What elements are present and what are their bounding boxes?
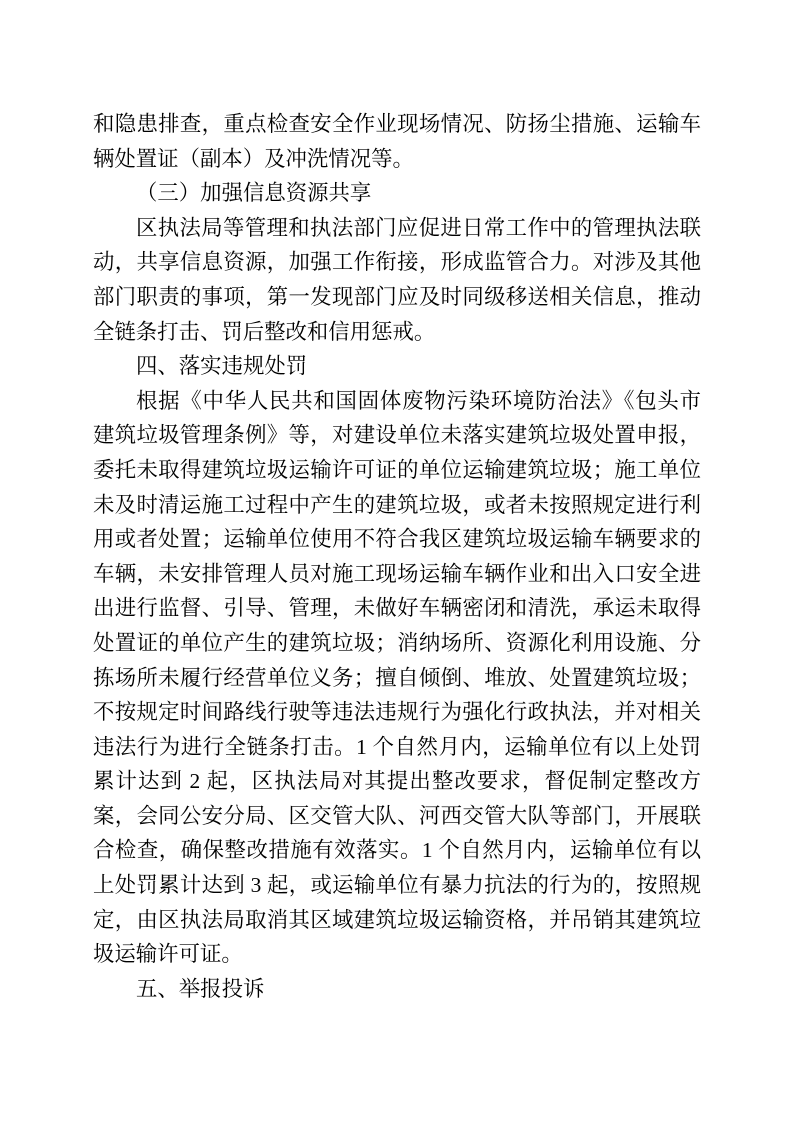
document-page: 和隐患排查，重点检查安全作业现场情况、防扬尘措施、运输车 辆处置证（副本）及冲洗… — [0, 0, 793, 1122]
text-line: 案，会同公安分局、区交管大队、河西交管大队等部门，开展联 — [93, 799, 701, 834]
text-line: 和隐患排查，重点检查安全作业现场情况、防扬尘措施、运输车 — [93, 107, 701, 142]
text-line: 用或者处置；运输单位使用不符合我区建筑垃圾运输车辆要求的 — [93, 522, 701, 557]
text-line: 委托未取得建筑垃圾运输许可证的单位运输建筑垃圾；施工单位 — [93, 453, 701, 488]
text-line: 建筑垃圾管理条例》等，对建设单位未落实建筑垃圾处置申报， — [93, 418, 701, 453]
text-line: 全链条打击、罚后整改和信用惩戒。 — [93, 315, 701, 350]
text-line: 动，共享信息资源，加强工作衔接，形成监管合力。对涉及其他 — [93, 245, 701, 280]
text-line: 上处罚累计达到 3 起，或运输单位有暴力抗法的行为的，按照规 — [93, 868, 701, 903]
text-line: 区执法局等管理和执法部门应促进日常工作中的管理执法联 — [93, 211, 701, 246]
text-line: 定，由区执法局取消其区域建筑垃圾运输资格，并吊销其建筑垃 — [93, 903, 701, 938]
text-line: 未及时清运施工过程中产生的建筑垃圾，或者未按照规定进行利 — [93, 488, 701, 523]
text-line: 辆处置证（副本）及冲洗情况等。 — [93, 142, 701, 177]
text-line: 累计达到 2 起，区执法局对其提出整改要求，督促制定整改方 — [93, 764, 701, 799]
text-line: 处置证的单位产生的建筑垃圾；消纳场所、资源化利用设施、分 — [93, 626, 701, 661]
text-line: 圾运输许可证。 — [93, 937, 701, 972]
text-line: 出进行监督、引导、管理，未做好车辆密闭和清洗，承运未取得 — [93, 591, 701, 626]
section-heading-5: 五、举报投诉 — [93, 972, 701, 1007]
text-line: 部门职责的事项，第一发现部门应及时同级移送相关信息，推动 — [93, 280, 701, 315]
text-line: 不按规定时间路线行驶等违法违规行为强化行政执法，并对相关 — [93, 695, 701, 730]
text-line: 车辆，未安排管理人员对施工现场运输车辆作业和出入口安全进 — [93, 557, 701, 592]
text-line: 合检查，确保整改措施有效落实。1 个自然月内，运输单位有以 — [93, 833, 701, 868]
section-heading-4: 四、落实违规处罚 — [93, 349, 701, 384]
text-line: 拣场所未履行经营单位义务；擅自倾倒、堆放、处置建筑垃圾； — [93, 661, 701, 696]
section-heading-3: （三）加强信息资源共享 — [93, 176, 701, 211]
text-line: 根据《中华人民共和国固体废物污染环境防治法》《包头市 — [93, 384, 701, 419]
text-line: 违法行为进行全链条打击。1 个自然月内，运输单位有以上处罚 — [93, 730, 701, 765]
document-text-block: 和隐患排查，重点检查安全作业现场情况、防扬尘措施、运输车 辆处置证（副本）及冲洗… — [93, 107, 701, 1006]
